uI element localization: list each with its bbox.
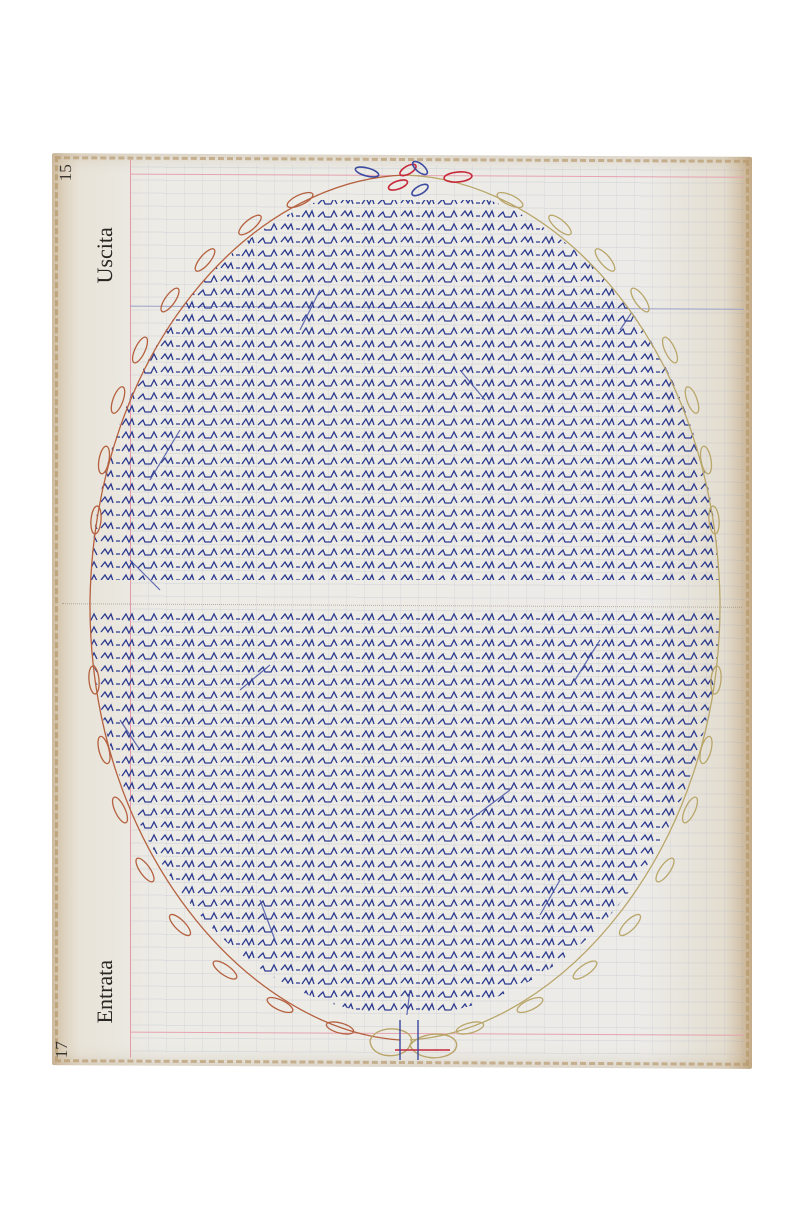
embroidery-layer — [0, 0, 800, 1207]
stitched-text — [90, 200, 720, 1032]
